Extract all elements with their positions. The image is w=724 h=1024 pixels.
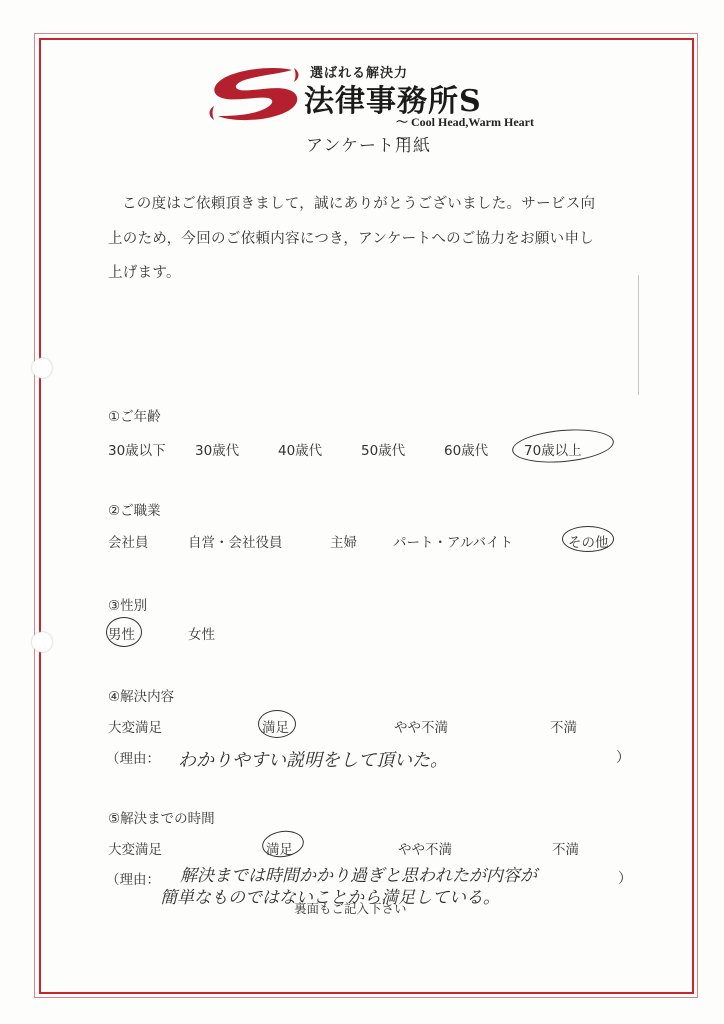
age-option-60s[interactable]: 60歳代 (444, 439, 488, 459)
footer-note: 裏面もご記入下さい (294, 899, 407, 917)
time-reason-label: （理由： (106, 868, 160, 888)
time-option-very-satisfied[interactable]: 大変満足 (108, 838, 162, 858)
occupation-option-part-time[interactable]: パート・アルバイト (393, 531, 513, 551)
resolution-reason-text[interactable]: わかりやすい説明をして頂いた。 (178, 746, 448, 772)
question-gender-title: ③性別 (108, 594, 147, 614)
gender-option-female[interactable]: 女性 (188, 623, 215, 643)
punch-hole-bottom (32, 632, 52, 652)
time-option-dissatisfied[interactable]: 不満 (552, 838, 579, 858)
time-reason-close: ） (618, 868, 632, 888)
question-resolution-title: ④解決内容 (108, 685, 174, 705)
form-title: アンケート用紙 (306, 131, 431, 156)
age-option-under-30[interactable]: 30歳以下 (108, 439, 166, 459)
scan-artifact-line (638, 275, 639, 395)
resolution-reason-close: ） (616, 747, 630, 767)
age-option-50s[interactable]: 50歳代 (361, 439, 405, 459)
intro-paragraph: この度はご依頼頂きまして，誠にありがとうございました。サービス向 上のため，今回… (108, 187, 648, 291)
occupation-option-employee[interactable]: 会社員 (108, 531, 149, 551)
s-swirl-logo-icon (206, 66, 302, 122)
question-time-title: ⑤解決までの時間 (108, 807, 215, 827)
occupation-option-other[interactable]: その他 (568, 531, 609, 551)
time-option-satisfied[interactable]: 満足 (266, 838, 293, 858)
resolution-option-somewhat-dissatisfied[interactable]: やや不満 (394, 716, 448, 736)
time-option-somewhat-dissatisfied[interactable]: やや不満 (398, 838, 452, 858)
intro-line-2: 上のため，今回のご依頼内容につき，アンケートへのご協力をお願い申し (108, 222, 648, 257)
resolution-option-satisfied[interactable]: 満足 (262, 716, 289, 736)
intro-line-3: 上げます。 (108, 256, 648, 291)
age-option-30s[interactable]: 30歳代 (195, 439, 239, 459)
age-option-70-plus[interactable]: 70歳以上 (524, 439, 582, 459)
resolution-reason-label: （理由： (106, 747, 160, 767)
question-age-title: ①ご年齢 (108, 405, 161, 425)
resolution-option-dissatisfied[interactable]: 不満 (550, 716, 577, 736)
gender-option-male[interactable]: 男性 (108, 623, 135, 643)
intro-line-1: この度はご依頼頂きまして，誠にありがとうございました。サービス向 (108, 187, 648, 222)
occupation-option-homemaker[interactable]: 主婦 (330, 531, 357, 551)
occupation-option-self-employed[interactable]: 自営・会社役員 (188, 531, 283, 551)
punch-hole-top (32, 358, 52, 378)
resolution-option-very-satisfied[interactable]: 大変満足 (108, 716, 162, 736)
question-occupation-title: ②ご職業 (108, 499, 161, 519)
firm-logo: 選ばれる解決力 法律事務所S ～ Cool Head,Warm Heart ～ (206, 60, 536, 130)
age-option-40s[interactable]: 40歳代 (278, 439, 322, 459)
